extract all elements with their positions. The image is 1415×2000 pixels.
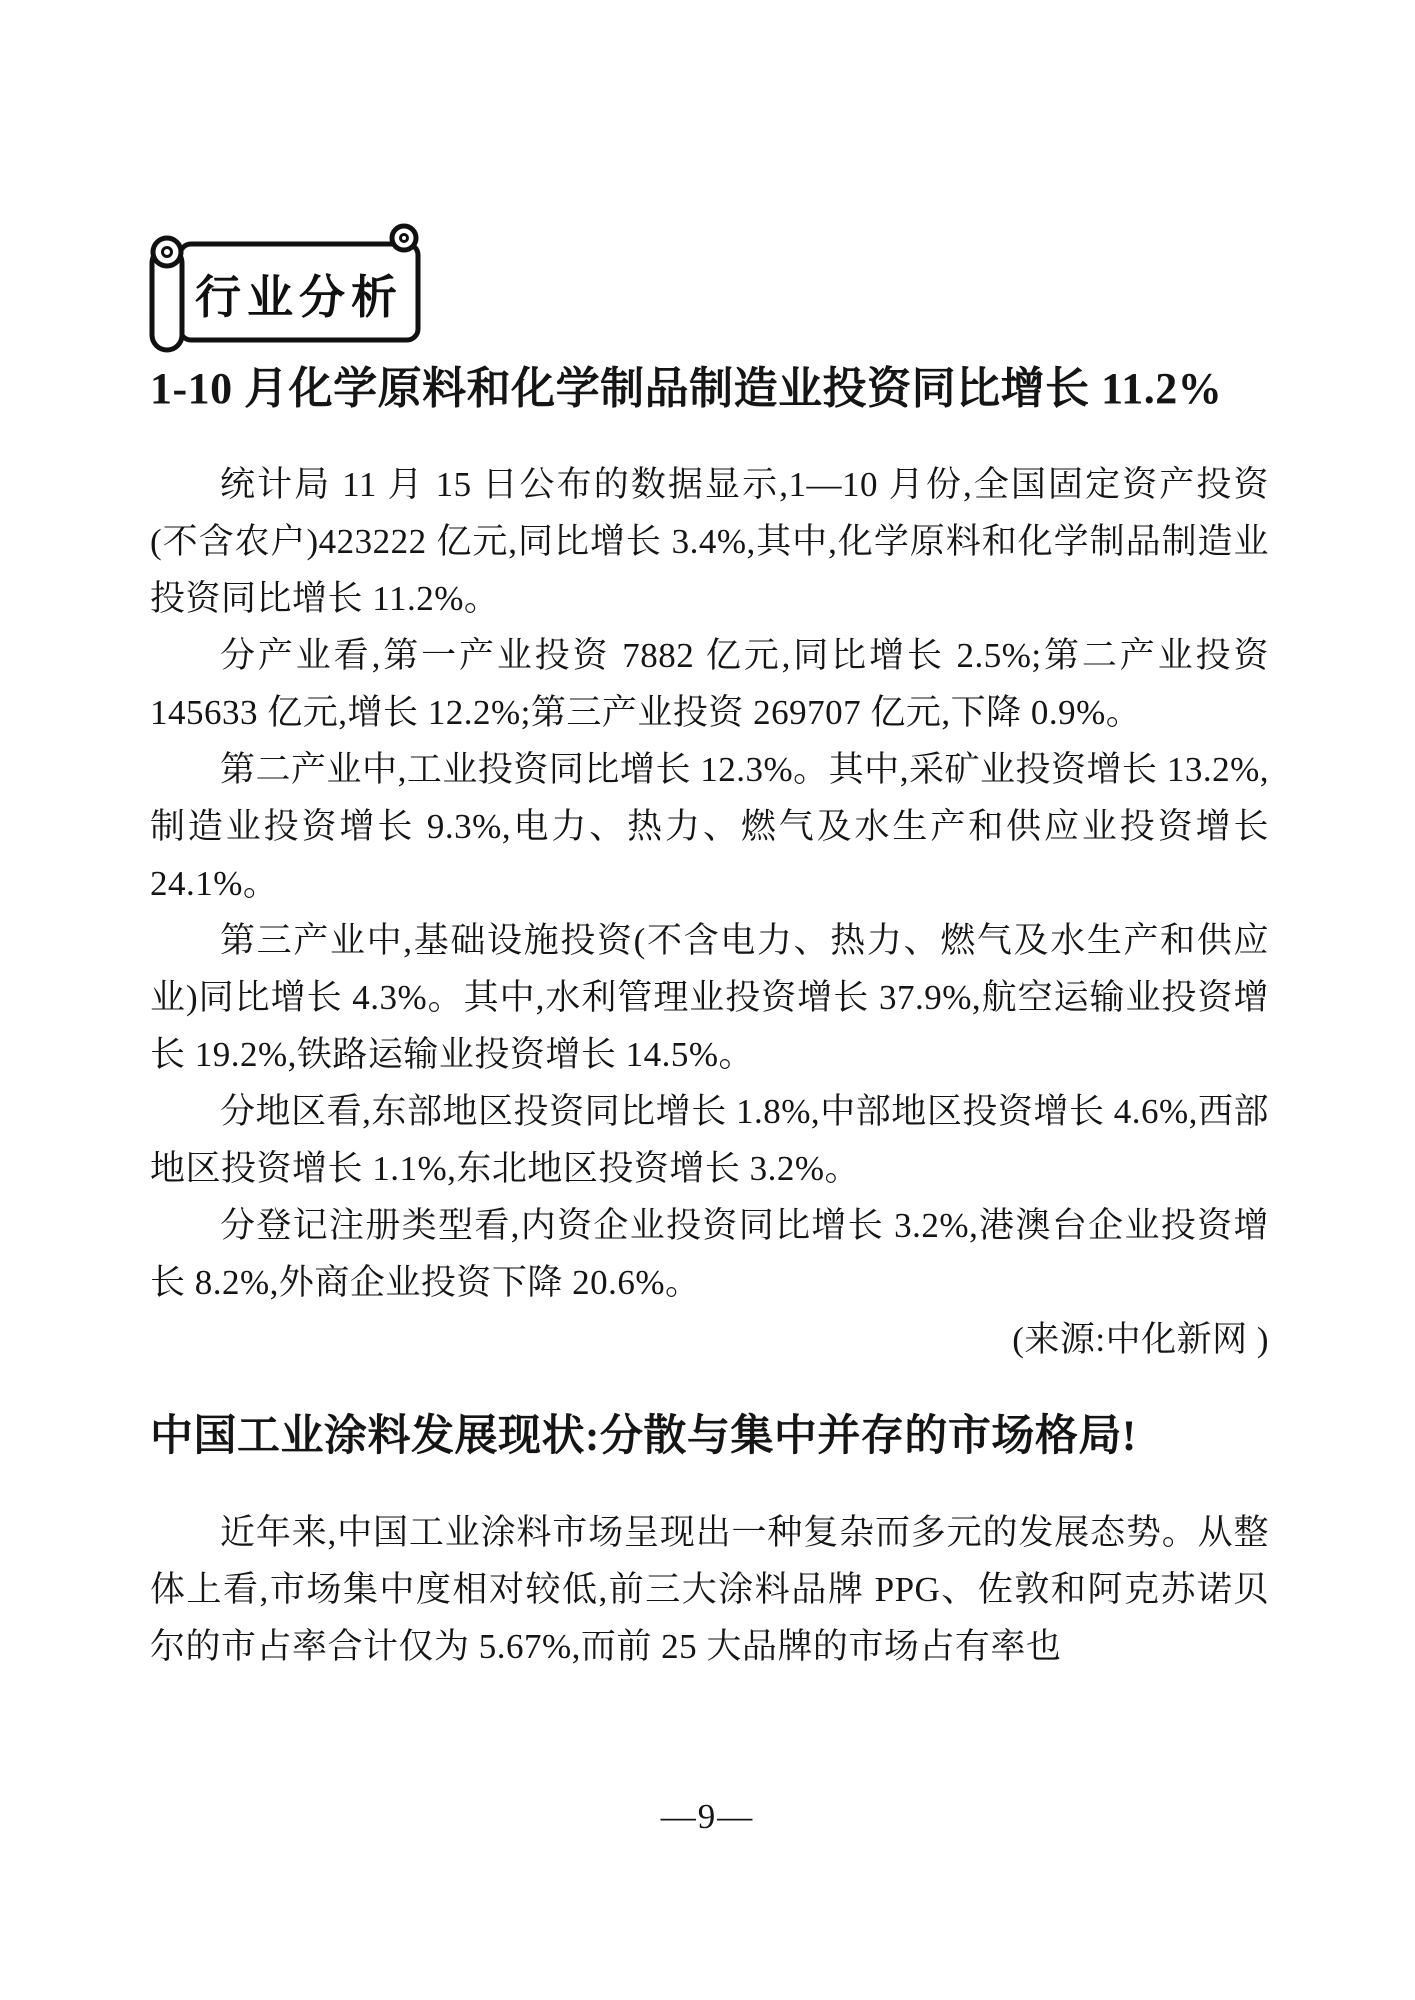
paragraph: 统计局 11 月 15 日公布的数据显示,1—10 月份,全国固定资产投资(不含… xyxy=(150,456,1269,627)
article2-body: 近年来,中国工业涂料市场呈现出一种复杂而多元的发展态势。从整体上看,市场集中度相… xyxy=(150,1504,1269,1675)
article2-title: 中国工业涂料发展现状:分散与集中并存的市场格局! xyxy=(150,1406,1269,1468)
paragraph: 分地区看,东部地区投资同比增长 1.8%,中部地区投资增长 4.6%,西部地区投… xyxy=(150,1083,1269,1197)
paragraph: 分登记注册类型看,内资企业投资同比增长 3.2%,港澳台企业投资增长 8.2%,… xyxy=(150,1197,1269,1311)
article1-body: 统计局 11 月 15 日公布的数据显示,1—10 月份,全国固定资产投资(不含… xyxy=(150,456,1269,1311)
banner-label: 行业分析 xyxy=(180,252,418,336)
section-banner: 行业分析 xyxy=(138,222,438,354)
document-page: 行业分析 1-10 月化学原料和化学制品制造业投资同比增长 11.2% 统计局 … xyxy=(0,0,1415,2000)
page-number: —9— xyxy=(0,1797,1415,1837)
page-content: 行业分析 1-10 月化学原料和化学制品制造业投资同比增长 11.2% 统计局 … xyxy=(0,222,1415,1675)
paragraph: 近年来,中国工业涂料市场呈现出一种复杂而多元的发展态势。从整体上看,市场集中度相… xyxy=(150,1504,1269,1675)
paragraph: 第二产业中,工业投资同比增长 12.3%。其中,采矿业投资增长 13.2%,制造… xyxy=(150,741,1269,912)
paragraph: 第三产业中,基础设施投资(不含电力、热力、燃气及水生产和供应业)同比增长 4.3… xyxy=(150,912,1269,1083)
paragraph: 分产业看,第一产业投资 7882 亿元,同比增长 2.5%;第二产业投资 145… xyxy=(150,627,1269,741)
article1-source: (来源:中化新网 ) xyxy=(150,1311,1269,1368)
article1-title: 1-10 月化学原料和化学制品制造业投资同比增长 11.2% xyxy=(150,358,1269,420)
